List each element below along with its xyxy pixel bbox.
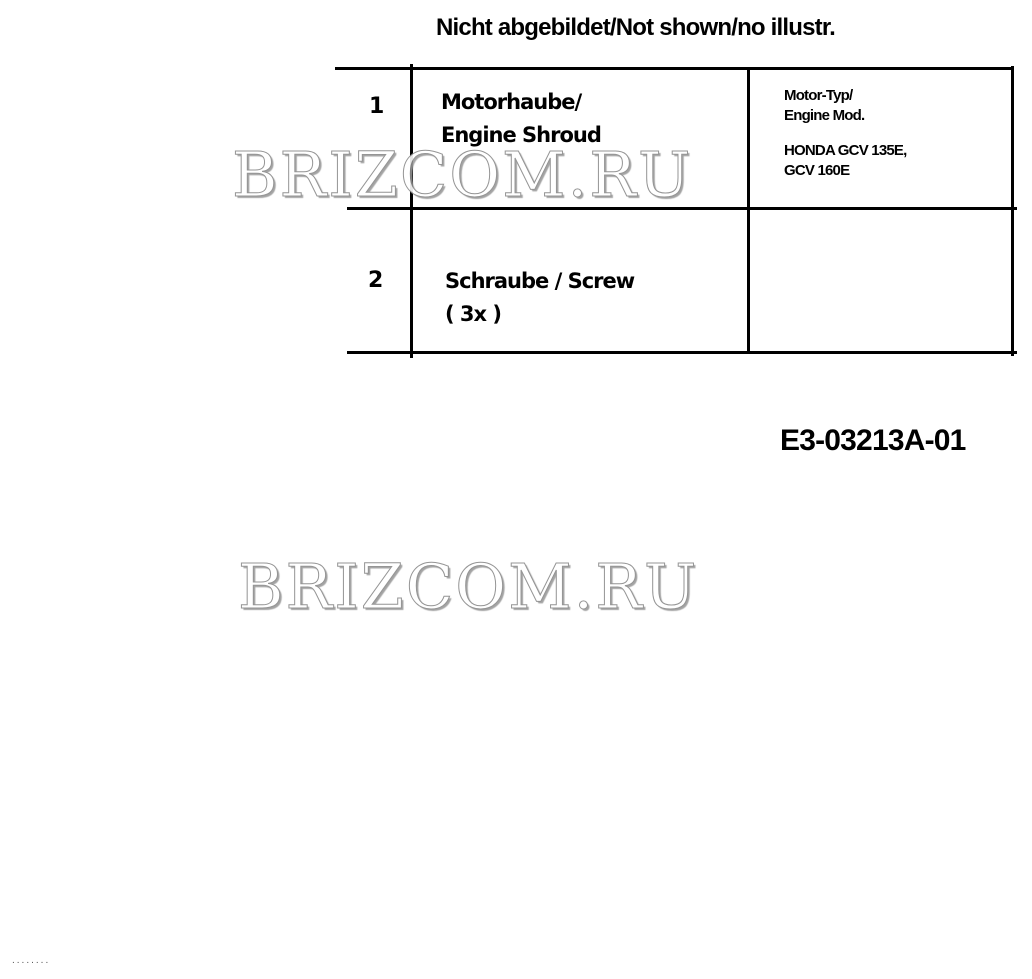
table-model-column-divider — [747, 68, 750, 354]
watermark-bottom: BRIZCOM.RU — [238, 550, 698, 623]
page-title: Nicht abgebildet/Not shown/no illustr. — [436, 14, 835, 42]
engine-model-label: Engine Mod. — [784, 106, 906, 126]
engine-model-value: HONDA GCV 135E, — [784, 141, 906, 161]
table-number-column-divider — [410, 64, 413, 358]
engine-model-label: Motor-Typ/ — [784, 86, 906, 106]
engine-model-value: GCV 160E — [784, 161, 906, 181]
part-number: 2 — [368, 268, 383, 293]
part-description: Schraube / Screw ( 3x ) — [445, 265, 634, 331]
part-description-line: Motorhaube/ — [441, 86, 601, 119]
watermark-top: BRIZCOM.RU — [232, 138, 692, 211]
part-number: 1 — [369, 94, 384, 119]
part-description-line: ( 3x ) — [445, 298, 634, 331]
table-top-border — [335, 67, 1014, 70]
part-description-line: Schraube / Screw — [445, 265, 634, 298]
engine-model-cell: Motor-Typ/ Engine Mod. HONDA GCV 135E, G… — [784, 86, 906, 181]
table-bottom-border — [347, 351, 1017, 354]
footer-marks: ........ — [12, 955, 50, 966]
drawing-code: E3-03213A-01 — [780, 424, 966, 458]
table-right-border — [1011, 66, 1014, 356]
